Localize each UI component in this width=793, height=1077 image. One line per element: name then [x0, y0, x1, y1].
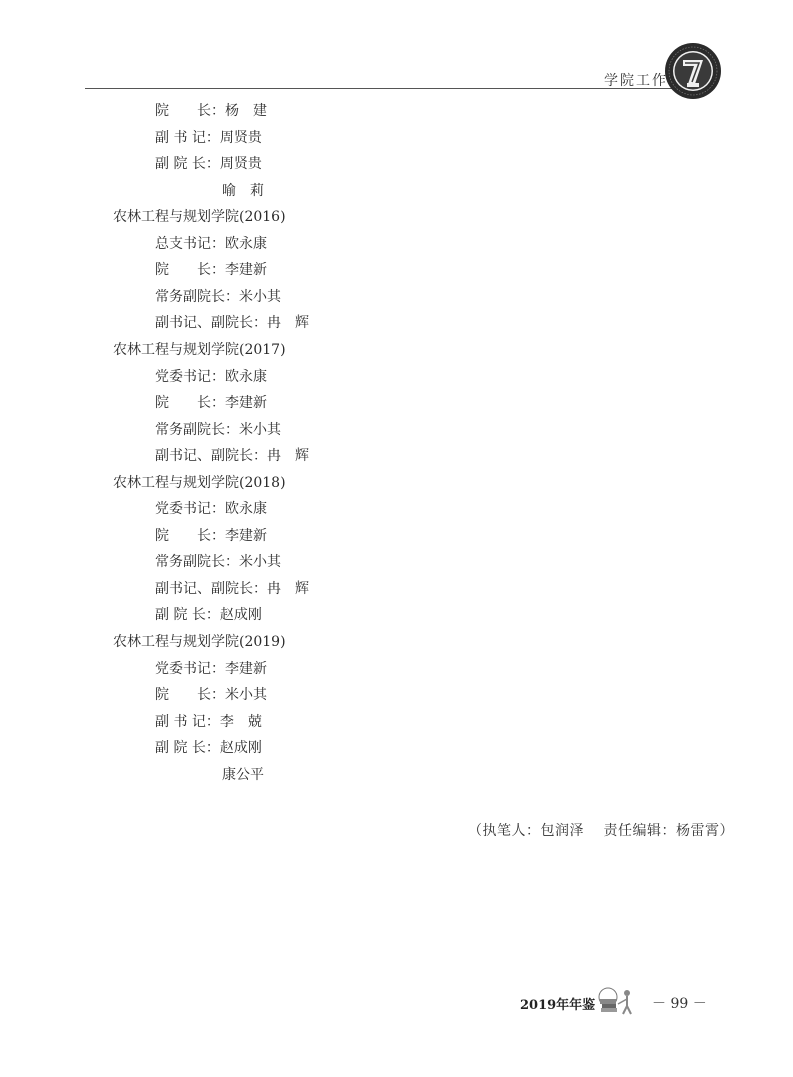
page-number: － 99 － — [652, 993, 707, 1013]
role-separator: ： — [225, 550, 239, 574]
role-label: 副 书 记 — [155, 126, 206, 150]
role-label: 院 长 — [155, 524, 211, 548]
college-heading: 农林工程与规划学院(2019) — [113, 630, 286, 654]
role-label: 副 院 长 — [155, 152, 206, 176]
footer-yearbook: 2019年年鉴 — [520, 994, 595, 1013]
role-label: 副书记、副院长 — [155, 577, 253, 601]
role-separator: ： — [211, 365, 225, 389]
personnel-entry: 副 院 长：周贤贵 — [155, 152, 262, 176]
role-label: 副书记、副院长 — [155, 444, 253, 468]
person-name: 冉 辉 — [267, 577, 309, 601]
role-label: 党委书记 — [155, 365, 211, 389]
reading-figure-icon — [596, 987, 636, 1015]
person-name: 欧永康 — [225, 365, 267, 389]
personnel-entry: 院 长：杨 建 — [155, 99, 267, 123]
personnel-entry: 院 长：米小其 — [155, 683, 267, 707]
person-name: 赵成刚 — [220, 603, 262, 627]
section-title: 学院工作 — [604, 70, 668, 90]
credit-line: （执笔人：包润泽 责任编辑：杨雷霄） — [468, 820, 734, 840]
role-label: 党委书记 — [155, 497, 211, 521]
personnel-entry: 院 长：李建新 — [155, 524, 267, 548]
person-name: 李建新 — [225, 391, 267, 415]
person-name: 杨 建 — [225, 99, 267, 123]
role-separator: ： — [253, 444, 267, 468]
role-separator: ： — [211, 524, 225, 548]
person-name: 李建新 — [225, 657, 267, 681]
role-label: 院 长 — [155, 99, 211, 123]
person-name: 冉 辉 — [267, 444, 309, 468]
college-heading: 农林工程与规划学院(2018) — [113, 471, 286, 495]
personnel-entry: 常务副院长：米小其 — [155, 418, 281, 442]
person-name: 周贤贵 — [220, 152, 262, 176]
role-label: 院 长 — [155, 391, 211, 415]
role-separator: ： — [206, 603, 220, 627]
person-name: 米小其 — [239, 418, 281, 442]
personnel-entry: 常务副院长：米小其 — [155, 550, 281, 574]
role-separator: ： — [211, 99, 225, 123]
personnel-entry: 副 院 长：赵成刚 — [155, 736, 262, 760]
role-label: 常务副院长 — [155, 285, 225, 309]
role-label: 院 长 — [155, 258, 211, 282]
university-seal-icon — [664, 42, 722, 100]
person-name: 欧永康 — [225, 232, 267, 256]
person-name-continuation: 康公平 — [222, 763, 264, 787]
person-name: 周贤贵 — [220, 126, 262, 150]
personnel-entry: 副书记、副院长：冉 辉 — [155, 311, 309, 335]
person-name: 冉 辉 — [267, 311, 309, 335]
college-heading: 农林工程与规划学院(2016) — [113, 205, 286, 229]
personnel-entry: 副 书 记：周贤贵 — [155, 126, 262, 150]
role-separator: ： — [211, 683, 225, 707]
role-label: 副 书 记 — [155, 710, 206, 734]
role-separator: ： — [211, 258, 225, 282]
header-divider — [85, 88, 675, 89]
personnel-entry: 副 院 长：赵成刚 — [155, 603, 262, 627]
personnel-entry: 院 长：李建新 — [155, 391, 267, 415]
person-name: 李建新 — [225, 258, 267, 282]
role-separator: ： — [206, 710, 220, 734]
person-name: 李建新 — [225, 524, 267, 548]
role-label: 院 长 — [155, 683, 211, 707]
personnel-entry: 副 书 记：李 兢 — [155, 710, 262, 734]
role-label: 常务副院长 — [155, 550, 225, 574]
person-name: 米小其 — [239, 285, 281, 309]
role-label: 党委书记 — [155, 657, 211, 681]
role-separator: ： — [225, 418, 239, 442]
personnel-entry: 党委书记：欧永康 — [155, 497, 267, 521]
person-name: 米小其 — [225, 683, 267, 707]
role-separator: ： — [211, 657, 225, 681]
personnel-entry: 院 长：李建新 — [155, 258, 267, 282]
role-separator: ： — [211, 232, 225, 256]
role-separator: ： — [206, 736, 220, 760]
person-name-continuation: 喻 莉 — [222, 179, 264, 203]
role-label: 总支书记 — [155, 232, 211, 256]
role-separator: ： — [206, 152, 220, 176]
role-label: 副书记、副院长 — [155, 311, 253, 335]
person-name: 米小其 — [239, 550, 281, 574]
personnel-entry: 总支书记：欧永康 — [155, 232, 267, 256]
personnel-entry: 副书记、副院长：冉 辉 — [155, 577, 309, 601]
college-heading: 农林工程与规划学院(2017) — [113, 338, 286, 362]
role-separator: ： — [211, 391, 225, 415]
person-name: 李 兢 — [220, 710, 262, 734]
personnel-entry: 党委书记：欧永康 — [155, 365, 267, 389]
person-name: 赵成刚 — [220, 736, 262, 760]
role-separator: ： — [211, 497, 225, 521]
personnel-entry: 党委书记：李建新 — [155, 657, 267, 681]
role-separator: ： — [253, 577, 267, 601]
personnel-entry: 副书记、副院长：冉 辉 — [155, 444, 309, 468]
role-separator: ： — [225, 285, 239, 309]
role-separator: ： — [253, 311, 267, 335]
role-label: 常务副院长 — [155, 418, 225, 442]
role-label: 副 院 长 — [155, 603, 206, 627]
role-separator: ： — [206, 126, 220, 150]
personnel-entry: 常务副院长：米小其 — [155, 285, 281, 309]
person-name: 欧永康 — [225, 497, 267, 521]
role-label: 副 院 长 — [155, 736, 206, 760]
